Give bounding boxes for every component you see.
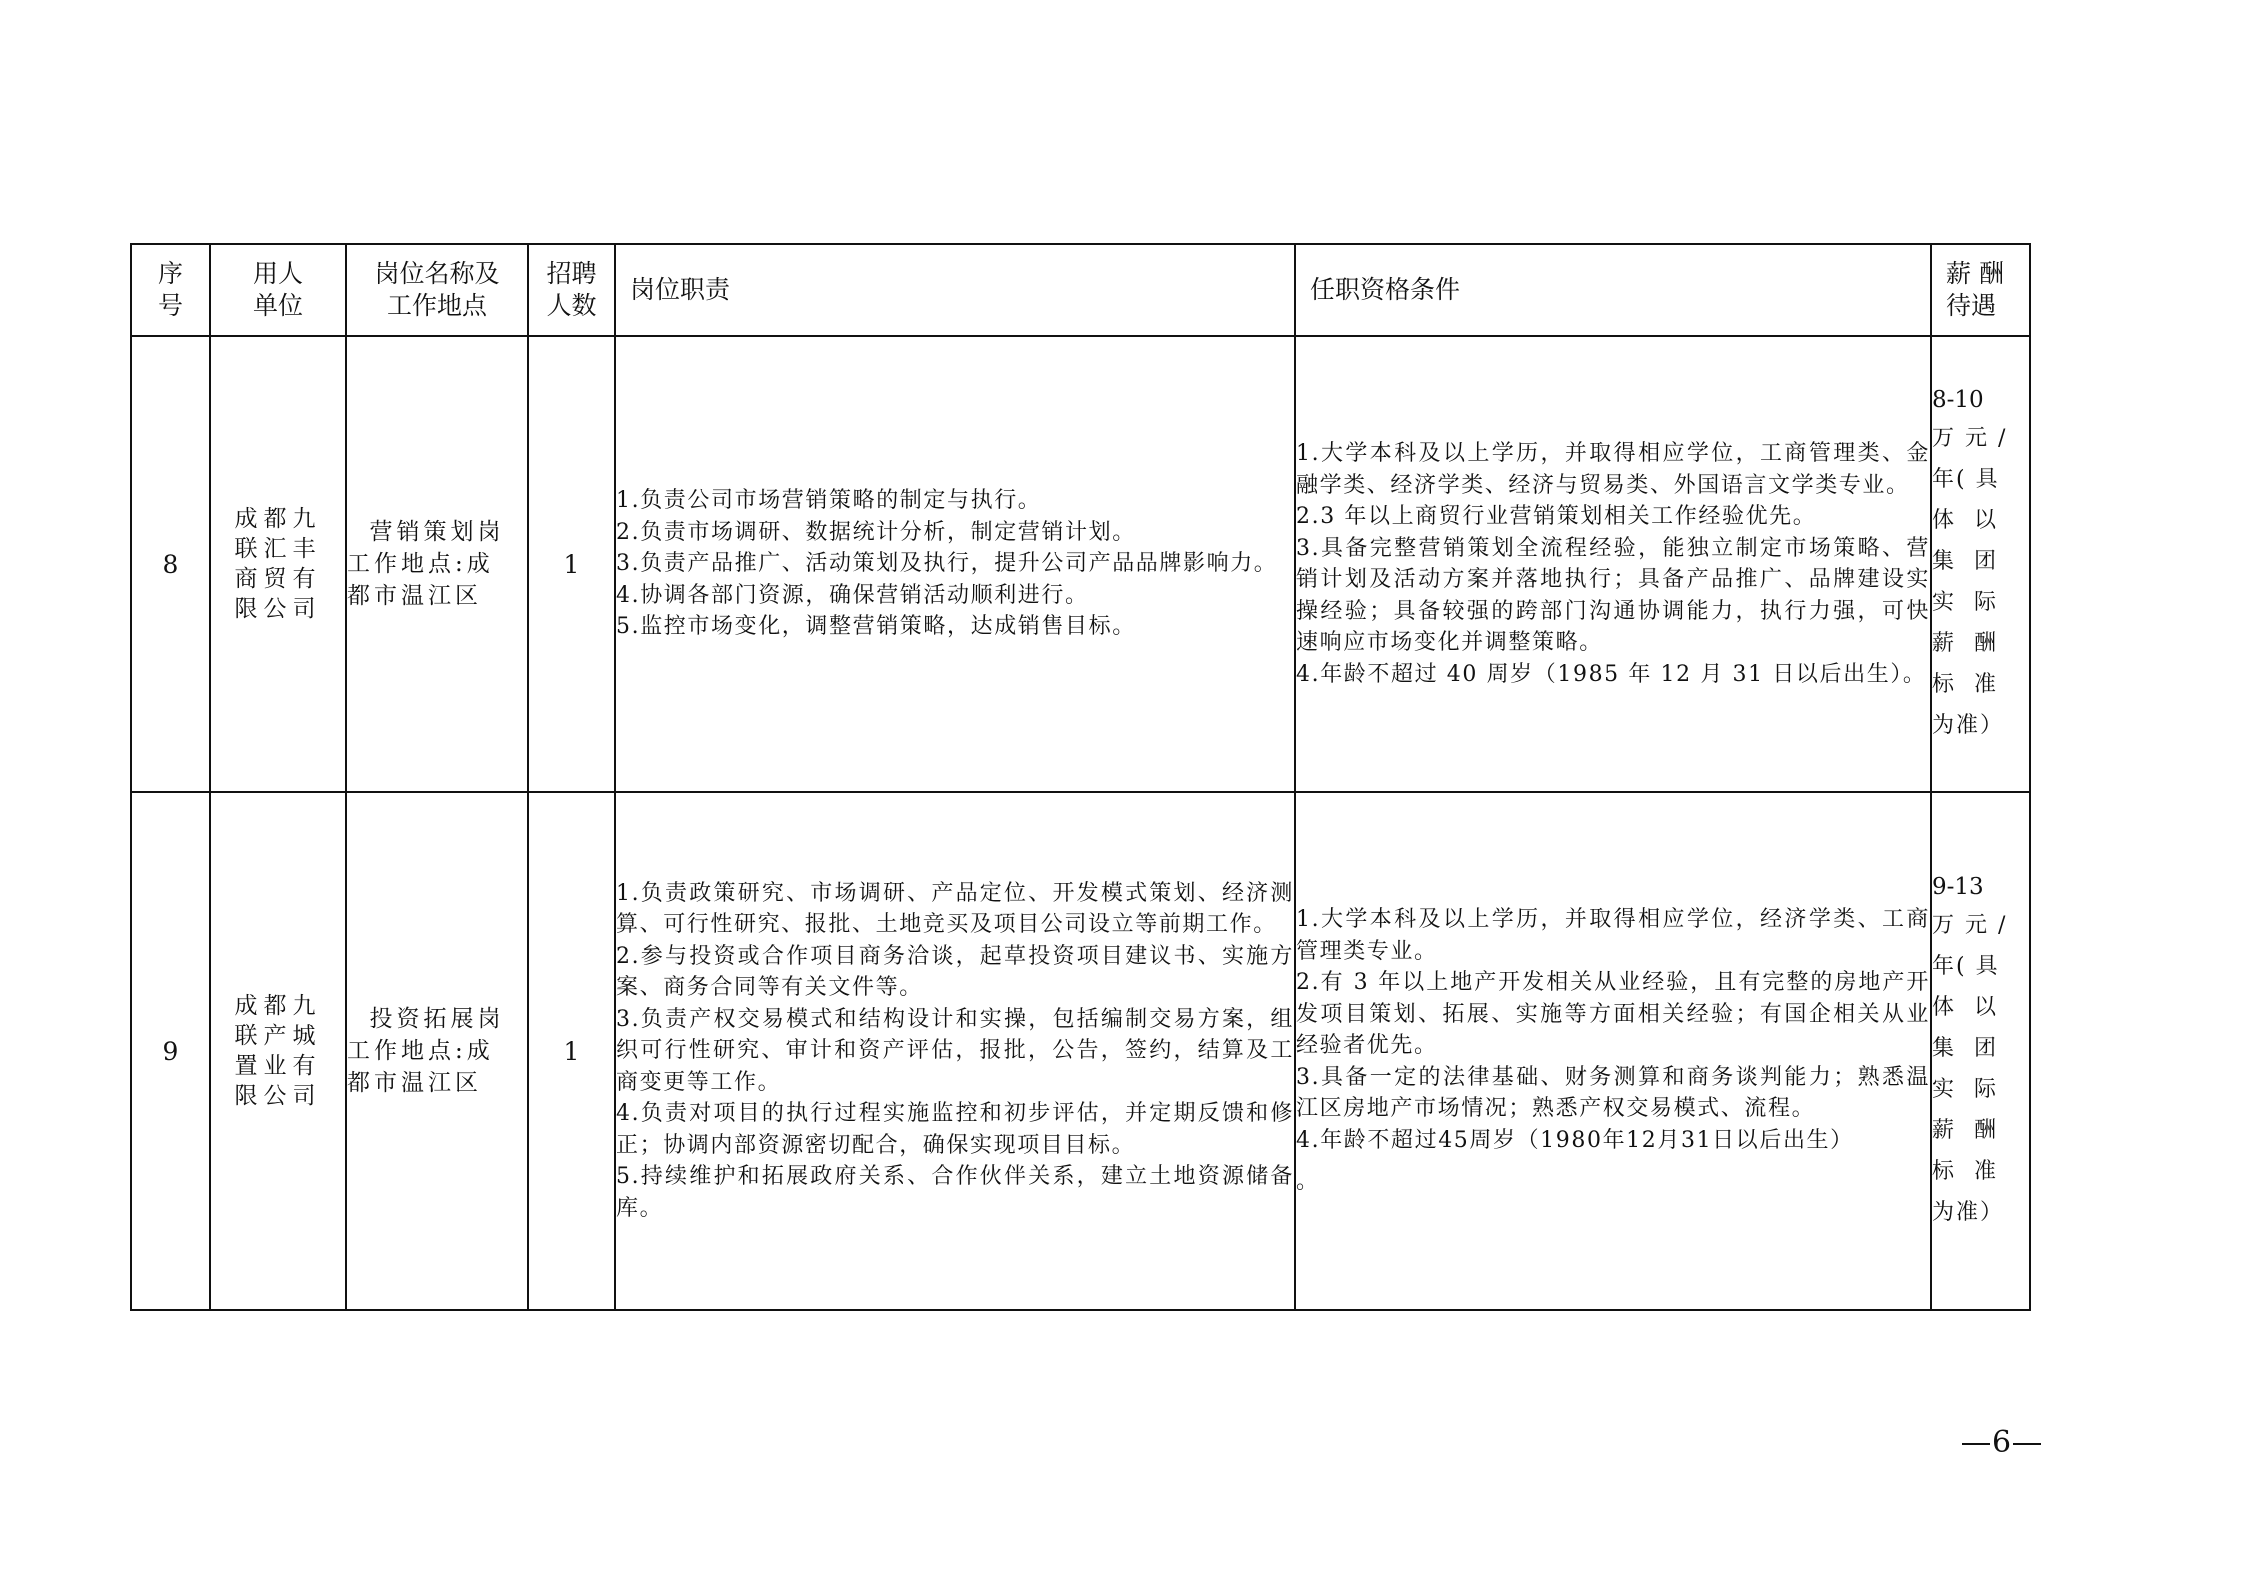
header-no: 序 号 (131, 244, 210, 336)
position-and-location: 投资拓展岗 工作地点:成 都市温江区 (346, 792, 528, 1310)
hiring-count: 1 (528, 792, 615, 1310)
salary: 9-13 万 元 / 年( 具 体 以 集 团 实 际 薪 酬 标 准 为准） (1931, 792, 2030, 1310)
row-number: 8 (131, 336, 210, 792)
table-header-row: 序 号 用人 单位 岗位名称及 工作地点 招聘 人数 岗位职责 任职资格条件 薪… (131, 244, 2030, 336)
recruitment-table: 序 号 用人 单位 岗位名称及 工作地点 招聘 人数 岗位职责 任职资格条件 薪… (130, 243, 2031, 1311)
job-requirements: 1.大学本科及以上学历，并取得相应学位，工商管理类、金融学类、经济学类、经济与贸… (1295, 336, 1931, 792)
employer-unit: 成都九 联汇丰 商贸有 限公司 (210, 336, 346, 792)
employer-unit: 成都九 联产城 置业有 限公司 (210, 792, 346, 1310)
table-row: 8 成都九 联汇丰 商贸有 限公司 营销策划岗 工作地点:成 都市温江区 1 1… (131, 336, 2030, 792)
dash-left (1962, 1443, 1990, 1445)
header-duties: 岗位职责 (615, 244, 1295, 336)
header-unit: 用人 单位 (210, 244, 346, 336)
hiring-count: 1 (528, 336, 615, 792)
header-count: 招聘 人数 (528, 244, 615, 336)
table-row: 9 成都九 联产城 置业有 限公司 投资拓展岗 工作地点:成 都市温江区 1 1… (131, 792, 2030, 1310)
row-number: 9 (131, 792, 210, 1310)
job-requirements: 1.大学本科及以上学历，并取得相应学位，经济学类、工商管理类专业。 2.有 3 … (1295, 792, 1931, 1310)
page-number: 6 (1960, 1425, 2043, 1460)
dash-right (2013, 1443, 2041, 1445)
position-and-location: 营销策划岗 工作地点:成 都市温江区 (346, 336, 528, 792)
header-position: 岗位名称及 工作地点 (346, 244, 528, 336)
header-requirements: 任职资格条件 (1295, 244, 1931, 336)
job-duties: 1.负责公司市场营销策略的制定与执行。 2.负责市场调研、数据统计分析，制定营销… (615, 336, 1295, 792)
header-salary: 薪 酬 待遇 (1931, 244, 2030, 336)
salary: 8-10 万 元 / 年( 具 体 以 集 团 实 际 薪 酬 标 准 为准） (1931, 336, 2030, 792)
job-duties: 1.负责政策研究、市场调研、产品定位、开发模式策划、经济测算、可行性研究、报批、… (615, 792, 1295, 1310)
